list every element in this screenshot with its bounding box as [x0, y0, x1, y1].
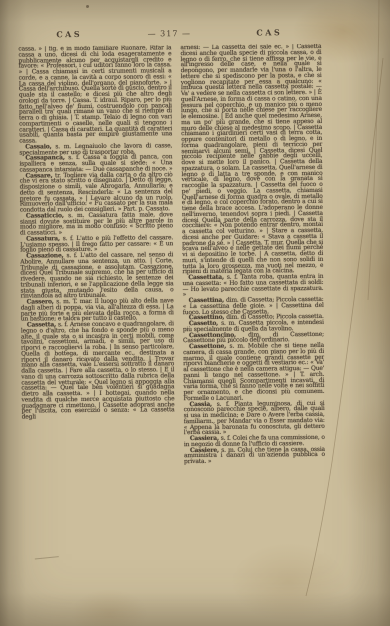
entry-headword: Cassaticcio, — [26, 212, 68, 219]
entry-headword: Cassare, — [25, 172, 55, 179]
entry-headword: Cassettoncino, — [189, 331, 248, 339]
entry-headword: Cassiera, — [190, 435, 221, 442]
entry-headword: Cassettata, — [188, 274, 226, 281]
dictionary-entry: Cassettone, s. m. Mobile che si tiene ne… — [183, 343, 324, 402]
entry-headword: Cassapanca, — [25, 154, 68, 161]
book-page: CAS — 317 — CAS cassa. » | fig. e in mod… — [0, 0, 390, 626]
dictionary-entry: Cassaticcio, s. m. Cassatura fatta male,… — [20, 212, 173, 236]
entry-headword: Cassero, — [27, 298, 57, 305]
dictionary-entry: Cassetta, s. f. Arnese concavo e quadran… — [21, 321, 175, 420]
dictionary-entry: Cassia, s. f. Pianta leguminosa, di cui … — [184, 400, 325, 436]
column-left: cassa. » | fig. e in modo familiare Ruon… — [18, 45, 175, 548]
page-number: — 317 — — [148, 29, 191, 38]
page-content: CAS — 317 — CAS cassa. » | fig. e in mod… — [0, 0, 390, 626]
dictionary-entry: Cassettata, s. f. Tanta roba, quanta ent… — [182, 274, 323, 298]
dictionary-entry: Cassazione, s. f. L'atto del cassare, ne… — [20, 252, 173, 299]
running-title-left: CAS — [18, 29, 120, 40]
entry-headword: Cassettina, — [189, 297, 226, 304]
entry-headword: Cassia, — [189, 400, 216, 407]
dictionary-entry: Cassero, s. m. T. mar. Il luogo più alto… — [21, 298, 174, 322]
entry-headword: Cassatura, — [26, 235, 63, 242]
dictionary-entry: Cassiere, s. m. Colui che tiene la cassa… — [184, 446, 325, 464]
entry-headword: Cassetto, — [189, 320, 221, 327]
running-title-right: CAS — [218, 27, 320, 38]
pen-mark — [35, 556, 59, 561]
dictionary-entry: cassa. » | fig. e in modo familiare Ruon… — [18, 45, 172, 144]
book-photo: CAS — 317 — CAS cassa. » | fig. e in mod… — [0, 0, 390, 626]
entry-headword: Cassetta, — [27, 321, 58, 328]
text-columns: cassa. » | fig. e in modo familiare Ruon… — [18, 44, 325, 549]
entry-headword: Cassiere, — [190, 446, 221, 453]
entry-headword: Cassazione, — [26, 252, 66, 259]
entry-headword: Cassettone, — [189, 343, 230, 350]
page-header: CAS — 317 — CAS — [18, 27, 320, 40]
dictionary-entry: Cassapanca, s. f. Cassa a foggia di panc… — [19, 154, 172, 173]
dictionary-entry: Cassare, tr. Togliere via dalla carta o … — [20, 172, 173, 214]
entry-headword: Cassaio, — [25, 143, 55, 150]
column-right: arnesi: — La cassetta del sale ec. » | C… — [180, 44, 325, 547]
printers-mark-icon — [86, 5, 89, 8]
dictionary-entry: arnesi: — La cassetta del sale ec. » | C… — [180, 44, 323, 275]
